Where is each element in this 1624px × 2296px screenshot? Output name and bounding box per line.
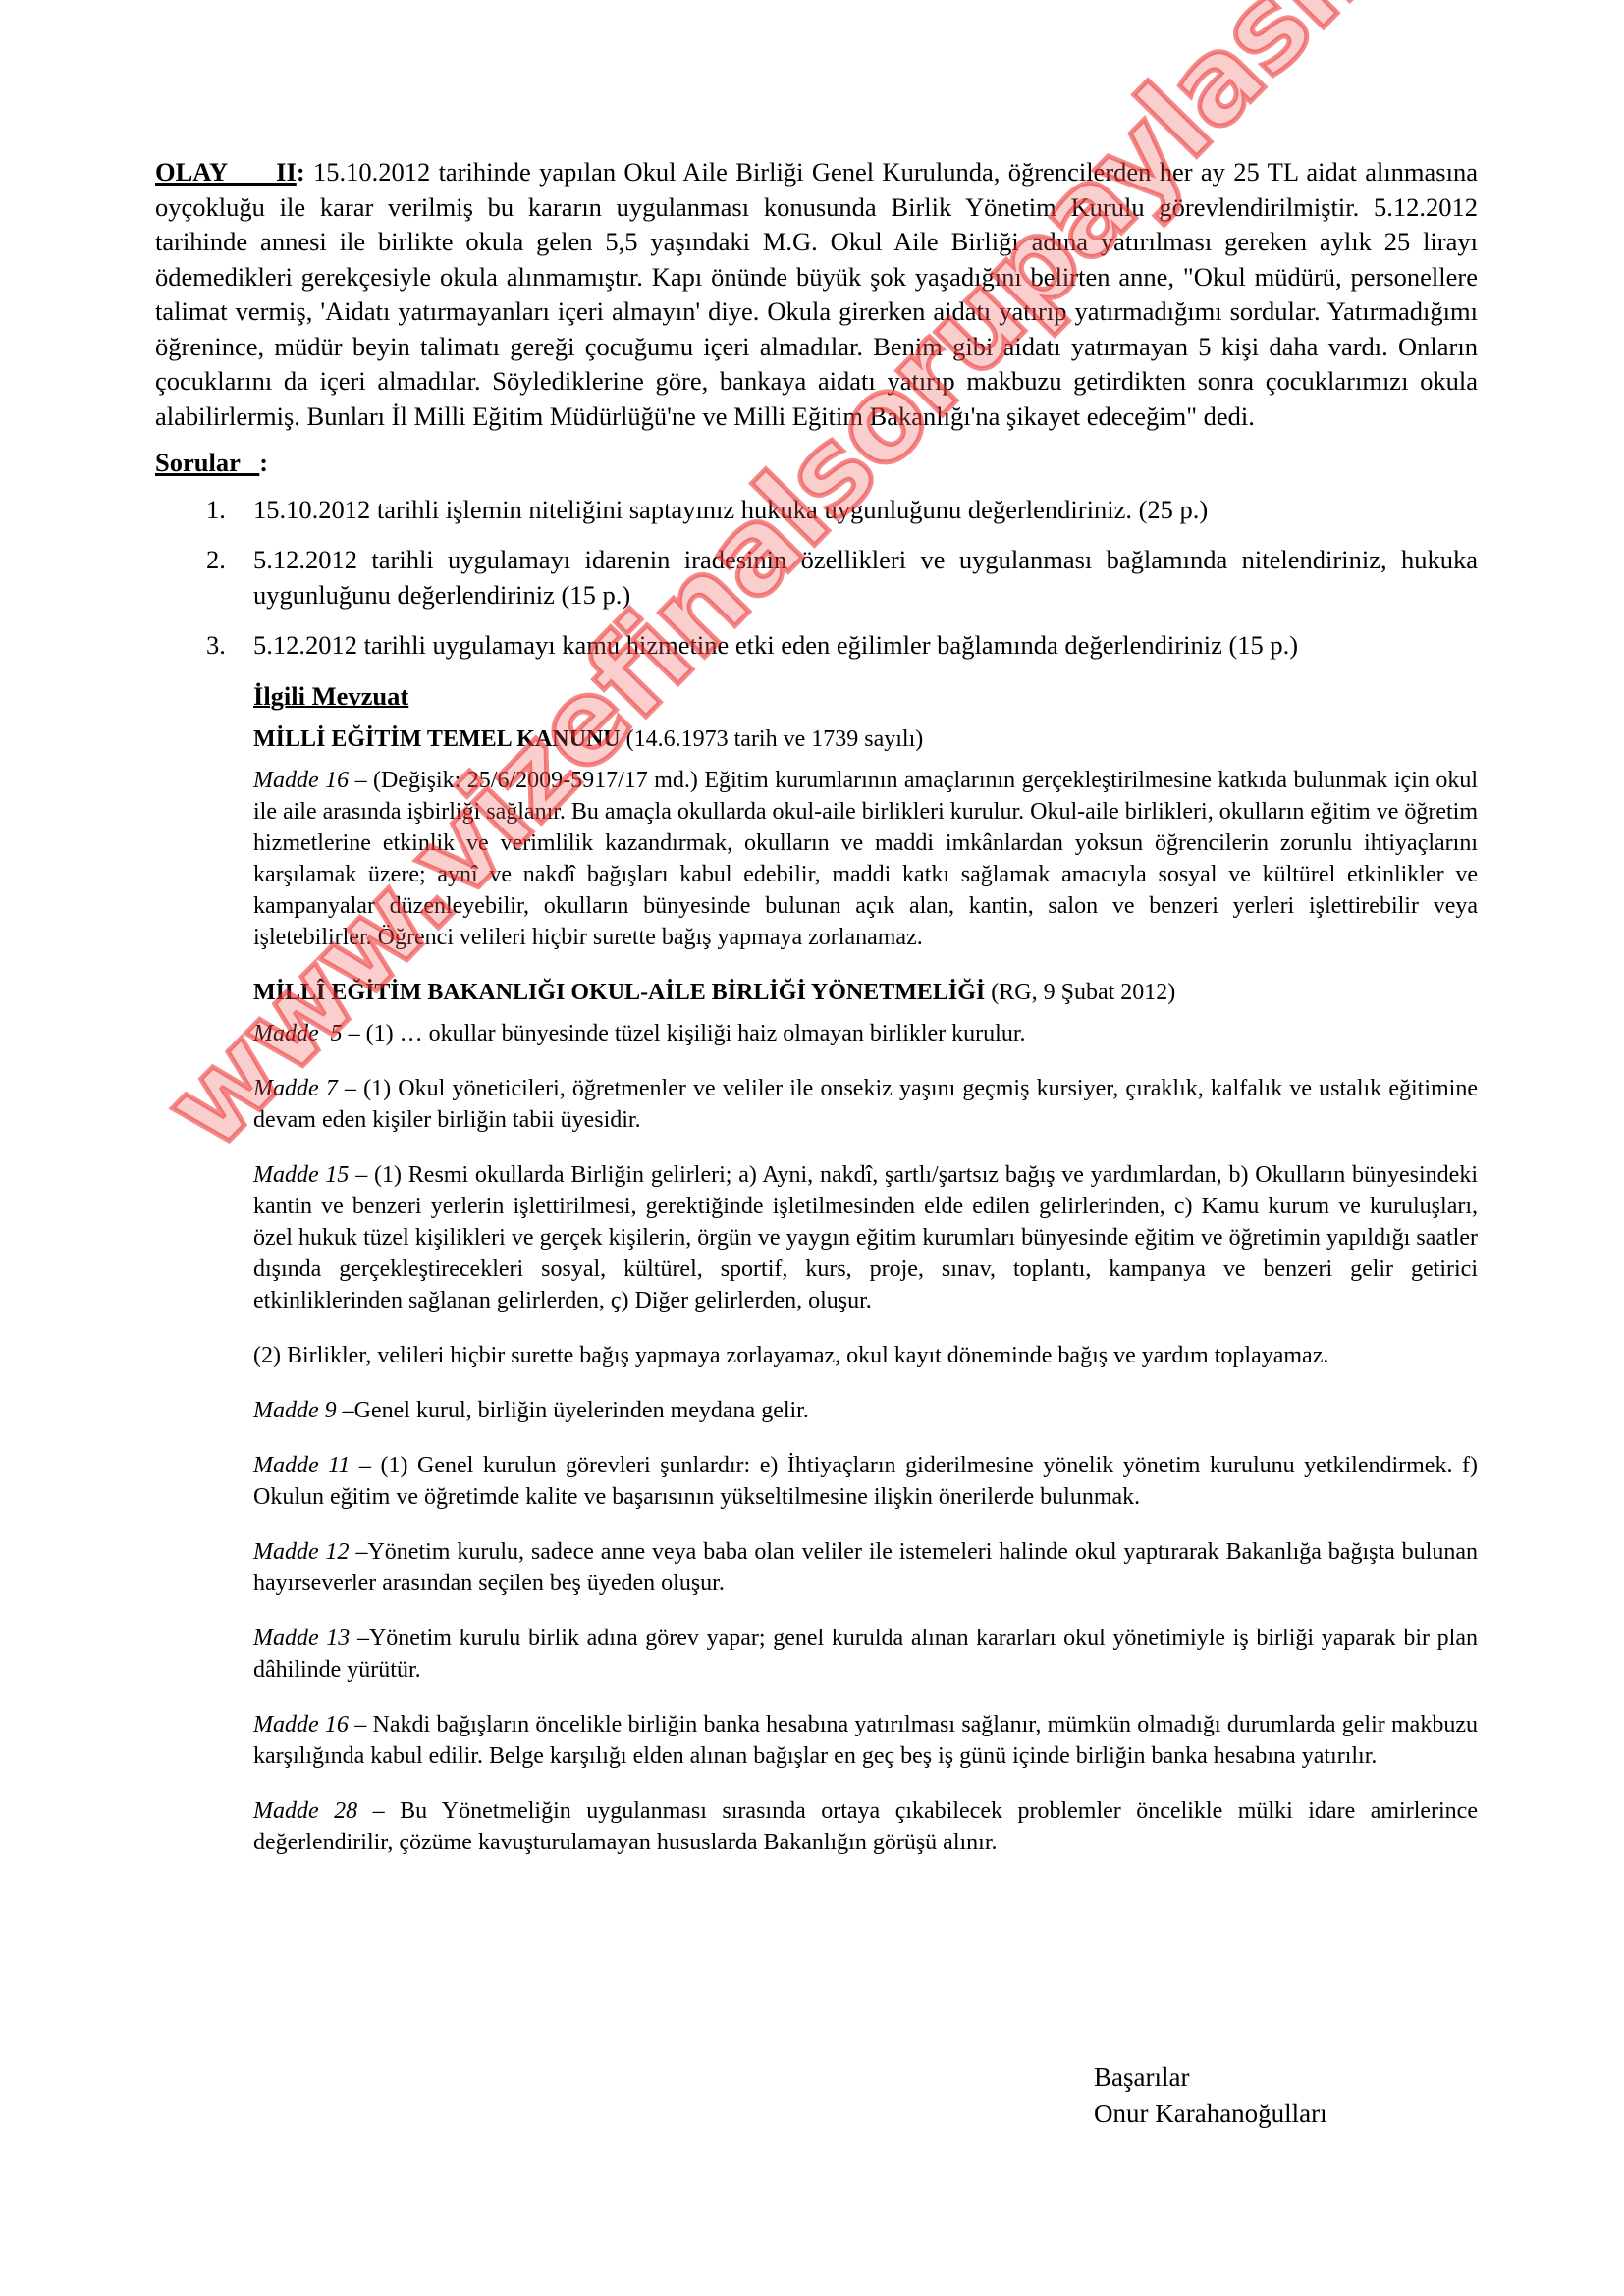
regulation-name: MİLLÎ EĞİTİM BAKANLIĞI OKUL-AİLE BİRLİĞİ… <box>253 980 985 1005</box>
author-name: Onur Karahanoğulları <box>1094 2096 1327 2132</box>
article-label: Madde 11 <box>253 1453 350 1478</box>
questions-list: 1.15.10.2012 tarihli işlemin niteliğini … <box>155 493 1478 664</box>
article-label: Madde 28 <box>253 1798 357 1824</box>
article-text: – (1) … okullar bünyesinde tüzel kişiliğ… <box>343 1021 1026 1046</box>
regulation-reference: (RG, 9 Şubat 2012) <box>985 980 1175 1005</box>
case-paragraph: OLAY II: 15.10.2012 tarihinde yapılan Ok… <box>155 155 1478 434</box>
question-item: 3.5.12.2012 tarihli uygulamayı kamu hizm… <box>155 628 1478 664</box>
article-label: Madde 15 <box>253 1162 349 1188</box>
regulation-title: MİLLÎ EĞİTİM BAKANLIĞI OKUL-AİLE BİRLİĞİ… <box>253 977 1478 1008</box>
case-text: 15.10.2012 tarihinde yapılan Okul Aile B… <box>155 157 1478 431</box>
questions-title-label: Sorular <box>155 448 259 477</box>
case-heading: OLAY II <box>155 157 297 187</box>
question-text: 5.12.2012 tarihli uygulamayı idarenin ir… <box>253 545 1478 610</box>
article-text: –Yönetim kurulu, sadece anne veya baba o… <box>253 1539 1478 1596</box>
article-label: Madde 5 <box>253 1021 343 1046</box>
article-text: –Yönetim kurulu birlik adına görev yapar… <box>253 1626 1478 1682</box>
article-text: (2) Birlikler, velileri hiçbir surette b… <box>253 1343 1328 1368</box>
regulation-article: (2) Birlikler, velileri hiçbir surette b… <box>253 1340 1478 1371</box>
article-text: – (Değişik: 25/6/2009-5917/17 md.) Eğiti… <box>253 768 1478 950</box>
question-number: 1. <box>206 493 226 528</box>
closing-text: Başarılar <box>1094 2059 1327 2096</box>
questions-title-colon: : <box>259 448 268 477</box>
article-label: Madde 16 <box>253 768 349 793</box>
law-reference: (14.6.1973 tarih ve 1739 sayılı) <box>621 726 924 752</box>
article-text: – (1) Okul yöneticileri, öğretmenler ve … <box>253 1076 1478 1133</box>
article-label: Madde 12 <box>253 1539 350 1565</box>
regulation-article: Madde 11 – (1) Genel kurulun görevleri ş… <box>253 1450 1478 1513</box>
question-text: 5.12.2012 tarihli uygulamayı kamu hizmet… <box>253 630 1298 660</box>
law-title: MİLLİ EĞİTİM TEMEL KANUNU (14.6.1973 tar… <box>253 723 1478 755</box>
regulation-article: Madde 28 – Bu Yönetmeliğin uygulanması s… <box>253 1795 1478 1858</box>
document-page: OLAY II: 15.10.2012 tarihinde yapılan Ok… <box>155 155 1478 1882</box>
article-label: Madde 16 <box>253 1712 349 1737</box>
questions-title: Sorular : <box>155 446 1478 481</box>
law-name: MİLLİ EĞİTİM TEMEL KANUNU <box>253 726 621 752</box>
article-text: –Genel kurul, birliğin üyelerinden meyda… <box>337 1398 809 1423</box>
article-text: – (1) Genel kurulun görevleri şunlardır:… <box>253 1453 1478 1510</box>
article-label: Madde 9 <box>253 1398 337 1423</box>
regulation-article: Madde 16 – Nakdi bağışların öncelikle bi… <box>253 1709 1478 1772</box>
law-article: Madde 16 – (Değişik: 25/6/2009-5917/17 m… <box>253 765 1478 953</box>
case-heading-colon: : <box>297 157 305 187</box>
question-item: 1.15.10.2012 tarihli işlemin niteliğini … <box>155 493 1478 528</box>
question-item: 2.5.12.2012 tarihli uygulamayı idarenin … <box>155 543 1478 613</box>
article-text: – Bu Yönetmeliğin uygulanması sırasında … <box>253 1798 1478 1855</box>
regulation-article: Madde 5 – (1) … okullar bünyesinde tüzel… <box>253 1018 1478 1049</box>
article-text: – (1) Resmi okullarda Birliğin gelirleri… <box>253 1162 1478 1313</box>
legislation-section: İlgili Mevzuat MİLLİ EĞİTİM TEMEL KANUNU… <box>253 679 1478 1859</box>
question-text: 15.10.2012 tarihli işlemin niteliğini sa… <box>253 495 1208 524</box>
legislation-title: İlgili Mevzuat <box>253 679 1478 715</box>
article-label: Madde 7 <box>253 1076 338 1101</box>
regulation-article: Madde 7 – (1) Okul yöneticileri, öğretme… <box>253 1073 1478 1136</box>
regulation-article: Madde 13 –Yönetim kurulu birlik adına gö… <box>253 1623 1478 1685</box>
regulation-article: Madde 12 –Yönetim kurulu, sadece anne ve… <box>253 1536 1478 1599</box>
question-number: 3. <box>206 628 226 664</box>
regulation-article: Madde 15 – (1) Resmi okullarda Birliğin … <box>253 1159 1478 1316</box>
question-number: 2. <box>206 543 226 578</box>
regulation-article: Madde 9 –Genel kurul, birliğin üyelerind… <box>253 1395 1478 1426</box>
article-label: Madde 13 <box>253 1626 350 1651</box>
article-text: – Nakdi bağışların öncelikle birliğin ba… <box>253 1712 1478 1769</box>
signature-block: Başarılar Onur Karahanoğulları <box>1094 2059 1327 2132</box>
